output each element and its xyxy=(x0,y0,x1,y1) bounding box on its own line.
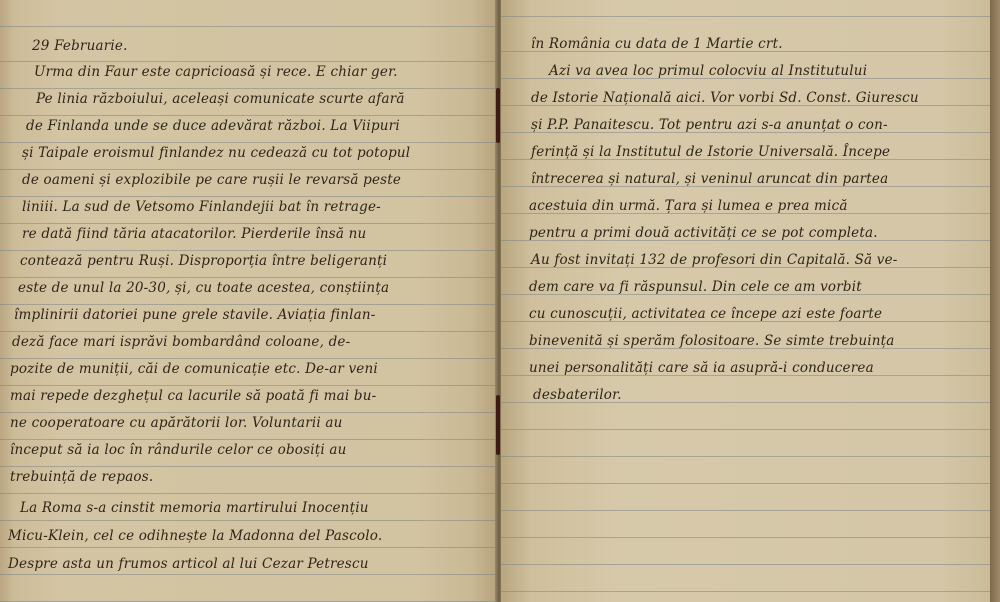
text-line: Micu-Klein, cel ce odihnește la Madonna … xyxy=(8,528,382,544)
text-line: și Taipale eroismul finlandez nu cedează… xyxy=(22,145,410,161)
text-line: mai repede dezghețul ca lacurile să poat… xyxy=(10,388,376,404)
right-page: în România cu data de 1 Martie crt. Azi … xyxy=(501,0,990,602)
binding-thread xyxy=(496,88,500,143)
left-page: 29 Februarie. Urma din Faur este caprici… xyxy=(0,0,497,602)
text-line: de Istorie Națională aici. Vor vorbi Sd.… xyxy=(531,90,919,106)
text-line: întrecerea și natural, și veninul arunca… xyxy=(531,171,888,187)
text-line: re dată fiind tăria atacatorilor. Pierde… xyxy=(22,226,366,242)
text-line: deză face mari isprăvi bombardând coloan… xyxy=(12,334,350,350)
text-line: în România cu data de 1 Martie crt. xyxy=(531,36,783,52)
text-line: desbaterilor. xyxy=(533,387,622,403)
text-line: ne cooperatoare cu apărătorii lor. Volun… xyxy=(10,415,343,431)
text-line: unei personalități care să ia asupră-i c… xyxy=(529,360,874,376)
text-line: La Roma s-a cinstit memoria martirului I… xyxy=(20,500,369,516)
text-line: pentru a primi două activități ce se pot… xyxy=(529,225,878,241)
text-line: pozite de muniții, căi de comunicație et… xyxy=(10,361,378,377)
text-line: ferință și la Institutul de Istorie Univ… xyxy=(531,144,890,160)
text-line: de Finlanda unde se duce adevărat război… xyxy=(26,118,400,134)
text-line: început să ia loc în rândurile celor ce … xyxy=(10,442,347,458)
text-line: și P.P. Panaitescu. Tot pentru azi s-a a… xyxy=(531,117,888,133)
text-line: dem care va fi răspunsul. Din cele ce am… xyxy=(529,279,862,295)
text-line: binevenită și sperăm folositoare. Se sim… xyxy=(529,333,895,349)
page-edge xyxy=(990,0,1000,602)
text-line: Pe linia războiului, aceleași comunicate… xyxy=(36,91,405,107)
text-line: Au fost invitați 132 de profesori din Ca… xyxy=(531,252,898,268)
notebook-spread: 29 Februarie. Urma din Faur este caprici… xyxy=(0,0,1000,602)
binding-thread xyxy=(496,395,500,455)
text-line: liniii. La sud de Vetsomo Finlandejii ba… xyxy=(22,199,381,215)
text-line: Urma din Faur este capricioasă și rece. … xyxy=(34,64,398,80)
text-line: trebuință de repaos. xyxy=(10,469,153,485)
date-heading: 29 Februarie. xyxy=(32,38,128,54)
text-line: cu cunoscuții, activitatea ce începe azi… xyxy=(529,306,882,322)
text-line: acestuia din urmă. Țara și lumea e prea … xyxy=(529,198,848,214)
text-line: este de unul la 20-30, și, cu toate aces… xyxy=(18,280,389,296)
text-line: Azi va avea loc primul colocviu al Insti… xyxy=(549,63,867,79)
text-line: contează pentru Ruși. Disproporția între… xyxy=(20,253,387,269)
text-line: Despre asta un frumos articol al lui Cez… xyxy=(8,556,369,572)
text-line: împlinirii datoriei pune grele stavile. … xyxy=(14,307,376,323)
text-line: de oameni și explozibile pe care rușii l… xyxy=(22,172,401,188)
